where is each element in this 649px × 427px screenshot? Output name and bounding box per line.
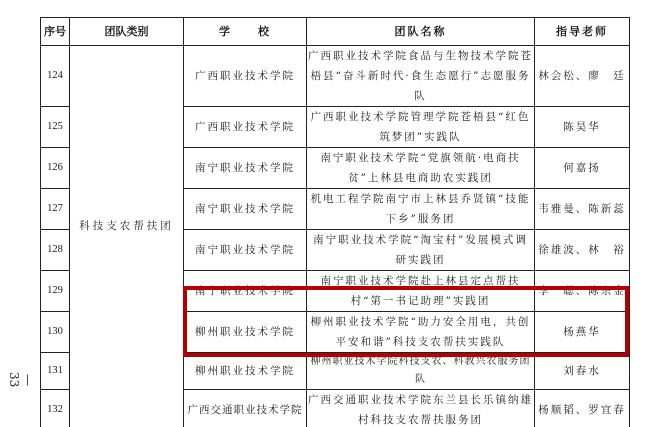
row-teacher: 刘春水 — [535, 353, 630, 390]
row-school: 南宁职业技术学院 — [184, 271, 307, 312]
row-school: 南宁职业技术学院 — [184, 189, 307, 230]
row-no: 125 — [41, 107, 70, 148]
row-school: 柳州职业技术学院 — [184, 353, 307, 390]
header-no: 序号 — [41, 18, 70, 46]
row-team-name: 柳州职业技术学院“助力安全用电，共创平安和谐”科技支农帮扶实践队 — [307, 312, 535, 353]
row-teacher: 韦雅曼、陈新蕊 — [535, 189, 630, 230]
row-teacher: 何嘉扬 — [535, 148, 630, 189]
table-header-row: 序号 团队类别 学 校 团队名称 指导老师 — [41, 18, 630, 46]
row-no: 129 — [41, 271, 70, 312]
row-team-name: 柳州职业技术学院科技支农、科教兴农服务团队 — [307, 353, 535, 390]
row-no: 126 — [41, 148, 70, 189]
header-teacher: 指导老师 — [535, 18, 630, 46]
category-cell: 科技支农帮扶团 — [70, 46, 184, 427]
row-teacher: 李 聪、陈宗金 — [535, 271, 630, 312]
row-teacher: 林会松、廖 廷 — [535, 46, 630, 107]
row-school: 广西交通职业技术学院 — [184, 390, 307, 427]
page-number: — 33 — — [21, 372, 35, 387]
team-list-table: 序号 团队类别 学 校 团队名称 指导老师 124 科技支农帮扶团 广西职业技术… — [40, 17, 630, 427]
row-no: 131 — [41, 353, 70, 390]
row-no: 130 — [41, 312, 70, 353]
row-teacher: 杨顺韬、罗宜春 — [535, 390, 630, 427]
page-number-text: 33 — [7, 372, 21, 387]
row-team-name: 广西职业技术学院管理学院苍梧县“红色筑梦团”实践队 — [307, 107, 535, 148]
row-no: 124 — [41, 46, 70, 107]
row-no: 132 — [41, 390, 70, 427]
row-teacher: 陈昊华 — [535, 107, 630, 148]
row-no: 128 — [41, 230, 70, 271]
table-row: 124 科技支农帮扶团 广西职业技术学院 广西职业技术学院食品与生物技术学院苍梧… — [41, 46, 630, 107]
row-school: 广西职业技术学院 — [184, 46, 307, 107]
row-school: 广西职业技术学院 — [184, 107, 307, 148]
header-category: 团队类别 — [70, 18, 184, 46]
header-school: 学 校 — [184, 18, 307, 46]
header-team-name: 团队名称 — [307, 18, 535, 46]
row-school: 柳州职业技术学院 — [184, 312, 307, 353]
row-team-name: 广西职业技术学院食品与生物技术学院苍梧县“奋斗新时代·食生态愿行”志愿服务队 — [307, 46, 535, 107]
row-school: 南宁职业技术学院 — [184, 230, 307, 271]
row-team-name: 南宁职业技术学院“党旗领航·电商扶贫”上林县电商助农实践团 — [307, 148, 535, 189]
row-team-name: 机电工程学院南宁市上林县乔贤镇“技能下乡”服务团 — [307, 189, 535, 230]
row-teacher: 杨燕华 — [535, 312, 630, 353]
category-label: 科技支农帮扶团 — [79, 220, 174, 232]
page-dash-top: — — [21, 372, 35, 387]
row-school: 南宁职业技术学院 — [184, 148, 307, 189]
page-dash-bottom: — — [0, 372, 7, 387]
row-team-name: 南宁职业技术学院赴上林县定点帮扶村“第一书记助理”实践团 — [307, 271, 535, 312]
row-teacher: 徐雄波、林 裕 — [535, 230, 630, 271]
row-team-name: 广西交通职业技术学院东兰县长乐镇纳雄村科技支农帮扶服务团 — [307, 390, 535, 427]
row-no: 127 — [41, 189, 70, 230]
row-team-name: 南宁职业技术学院“淘宝村”发展模式调研实践团 — [307, 230, 535, 271]
